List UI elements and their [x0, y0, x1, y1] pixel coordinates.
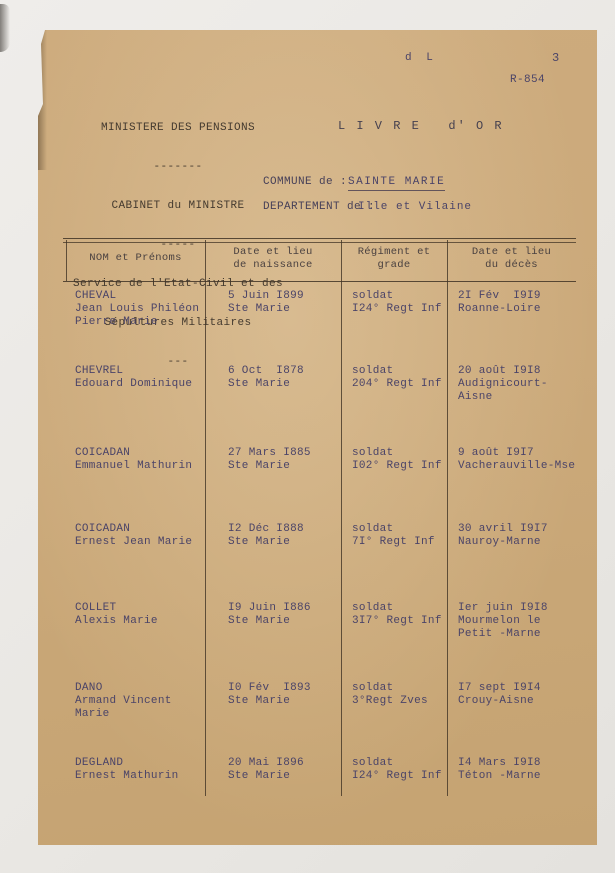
cell-name: COLLET Alexis Marie	[75, 602, 203, 628]
commune-value: SAINTE MARIE	[348, 176, 445, 191]
cell-regiment: soldat I24° Regt Inf	[352, 757, 447, 783]
cell-regiment: soldat 3°Regt Zves	[352, 682, 447, 708]
table-header-bottom-line	[63, 281, 576, 282]
cell-name: CHEVAL Jean Louis Philéon Pierre Marie	[75, 290, 203, 329]
cell-death: 9 août I9I7 Vacherauville-Mse	[458, 447, 576, 473]
scan-edge-smudge	[0, 4, 10, 52]
letterhead-divider: -------	[54, 161, 302, 174]
top-code-stamp: d L	[405, 52, 437, 65]
table-column-divider-3	[447, 240, 448, 796]
departement-value: Ille et Vilaine	[358, 201, 472, 214]
cell-birth: I0 Fév I893 Ste Marie	[228, 682, 340, 708]
table-top-line-inner	[63, 242, 576, 243]
cell-birth: 27 Mars I885 Ste Marie	[228, 447, 340, 473]
letterhead-line-ministry: MINISTERE DES PENSIONS	[54, 122, 302, 135]
commune-label: COMMUNE de :	[263, 176, 347, 189]
cell-birth: 20 Mai I896 Ste Marie	[228, 757, 340, 783]
cell-regiment: soldat 7I° Regt Inf	[352, 523, 447, 549]
cell-death: Ier juin I9I8 Mourmelon le Petit -Marne	[458, 602, 576, 641]
cell-birth: 5 Juin I899 Ste Marie	[228, 290, 340, 316]
cell-name: COICADAN Ernest Jean Marie	[75, 523, 203, 549]
document-page: d L 3 R-854 MINISTERE DES PENSIONS -----…	[38, 30, 597, 845]
cell-death: I7 sept I9I4 Crouy-Aisne	[458, 682, 576, 708]
cell-death: 30 avril I9I7 Nauroy-Marne	[458, 523, 576, 549]
table-column-divider-2	[341, 240, 342, 796]
cell-regiment: soldat I24° Regt Inf	[352, 290, 447, 316]
cell-regiment: soldat I02° Regt Inf	[352, 447, 447, 473]
column-header-name: NOM et Prénoms	[66, 252, 205, 265]
cell-name: CHEVREL Edouard Dominique	[75, 365, 203, 391]
cell-death: 2I Fév I9I9 Roanne-Loire	[458, 290, 576, 316]
cell-birth: I2 Déc I888 Ste Marie	[228, 523, 340, 549]
column-header-regiment: Régiment et grade	[341, 246, 447, 272]
cell-name: DANO Armand Vincent Marie	[75, 682, 203, 721]
cell-birth: 6 Oct I878 Ste Marie	[228, 365, 340, 391]
casualty-table: NOM et Prénoms Date et lieu de naissance…	[63, 238, 576, 800]
cell-birth: I9 Juin I886 Ste Marie	[228, 602, 340, 628]
table-top-line-outer	[63, 238, 576, 239]
reference-number: R-854	[510, 74, 545, 87]
document-title: L I V R E d' O R	[338, 120, 504, 133]
cell-name: COICADAN Emmanuel Mathurin	[75, 447, 203, 473]
cell-regiment: soldat 3I7° Regt Inf	[352, 602, 447, 628]
cell-name: DEGLAND Ernest Mathurin	[75, 757, 203, 783]
page-number: 3	[552, 52, 560, 65]
table-column-divider-1	[205, 240, 206, 796]
cell-death: 20 août I9I8 Audignicourt-Aisne	[458, 365, 576, 404]
cell-death: I4 Mars I9I8 Téton -Marne	[458, 757, 576, 783]
column-header-birth: Date et lieu de naissance	[205, 246, 341, 272]
column-header-death: Date et lieu du décès	[447, 246, 576, 272]
cell-regiment: soldat 204° Regt Inf	[352, 365, 447, 391]
